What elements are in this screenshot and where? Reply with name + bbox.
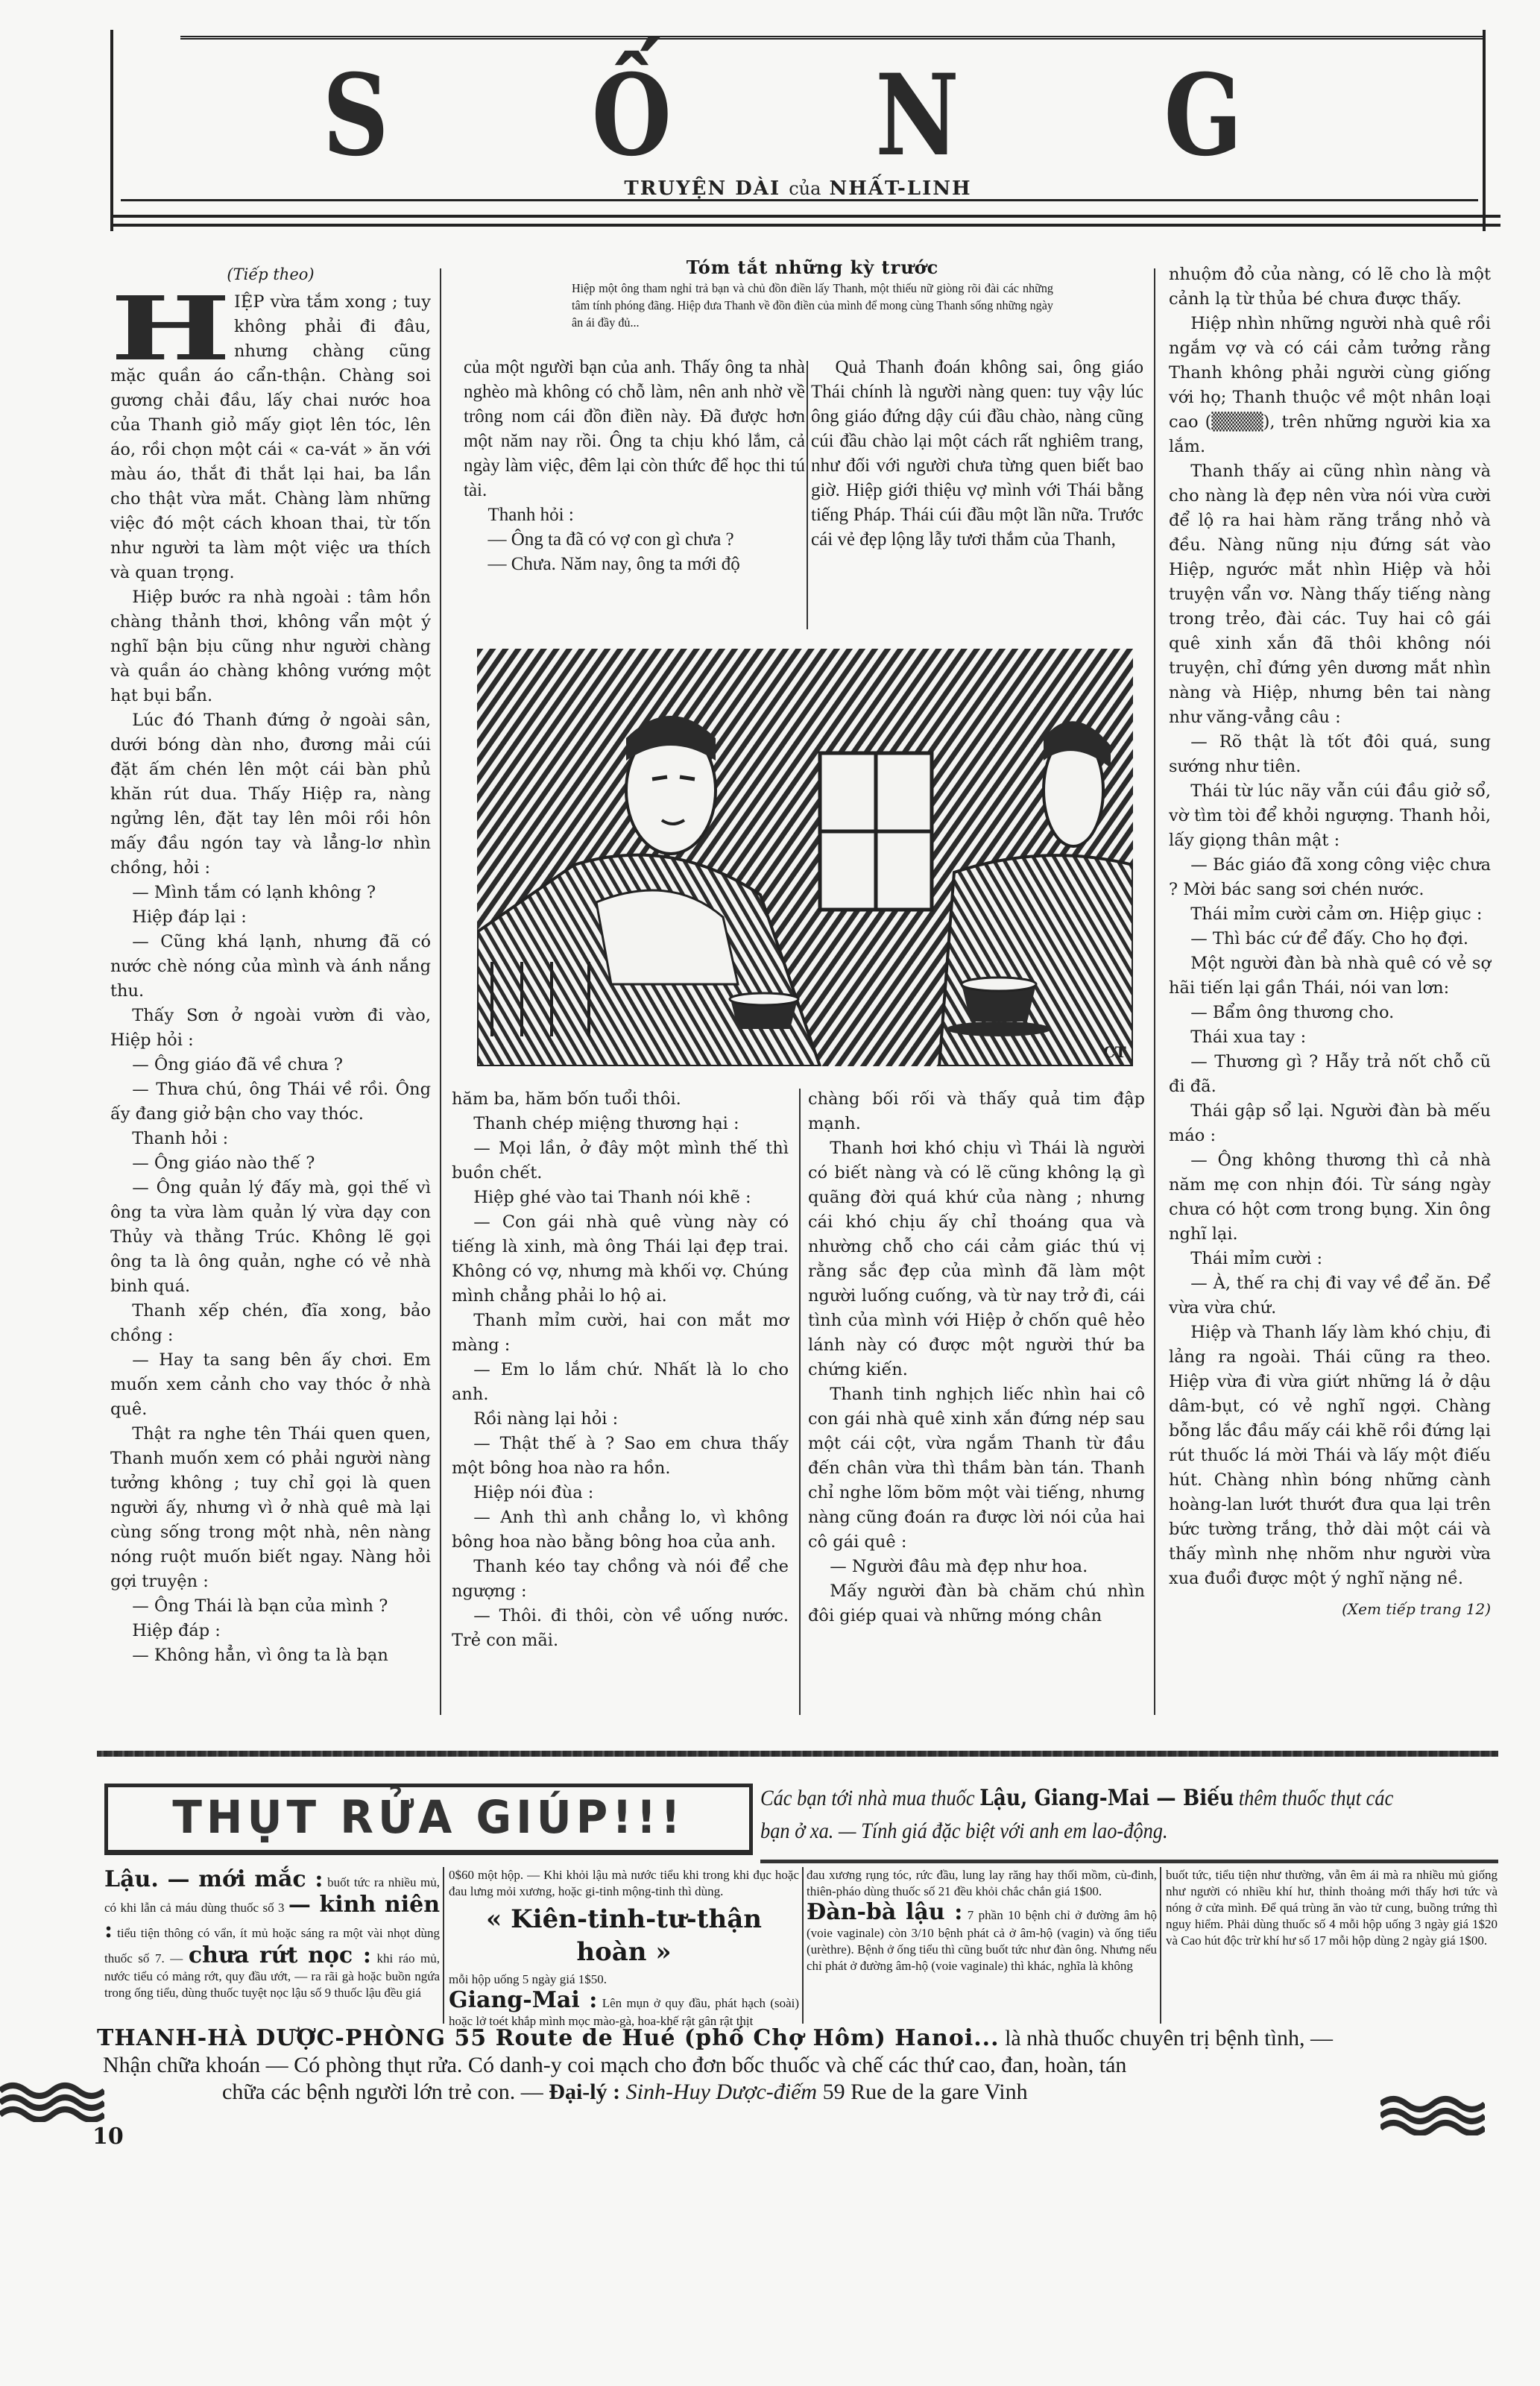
advert-title-box: THỤT RỬA GIÚP!!! (104, 1784, 753, 1855)
paragraph: — Em lo lắm chứ. Nhất là lo cho anh. (452, 1358, 789, 1407)
paragraph: Hiệp nhìn những người nhà quê rồi ngắm v… (1169, 312, 1491, 459)
advert-heading: chưa rứt nọc : (189, 1942, 371, 1968)
paragraph: Hiệp đáp lại : (110, 905, 431, 930)
paragraph: — Thì bác cứ để đấy. Cho họ đợi. (1169, 927, 1491, 951)
paragraph: hăm ba, hăm bốn tuổi thôi. (452, 1087, 789, 1112)
previous-installments-summary: Tóm tắt những kỳ trước Hiệp một ông tham… (522, 256, 1103, 331)
paragraph: — Ông Thái là bạn của mình ? (110, 1594, 431, 1619)
subtitle-author: NHẤT-LINH (829, 177, 971, 200)
advert-text: buốt tức, tiểu tiện như thường, vẫn êm á… (1166, 1868, 1498, 1948)
column-divider (440, 268, 441, 1715)
paragraph: Thanh hỏi : (464, 503, 805, 527)
paragraph: Thái mỉm cười : (1169, 1247, 1491, 1271)
column-divider (1160, 1867, 1161, 2024)
paragraph: — Ông ta đã có vợ con gì chưa ? (464, 527, 805, 552)
advert-intro: Các bạn tới nhà mua thuốc Lậu, Giang-Mai… (760, 1782, 1410, 1848)
masthead-bottom-rule (110, 215, 1500, 227)
continued-on-link[interactable]: (Xem tiếp trang 12) (1169, 1597, 1491, 1622)
advert-text: là nhà thuốc chuyên trị bệnh tình, — (1000, 2026, 1333, 2050)
paragraph: — Không hẳn, vì ông ta là bạn (110, 1643, 431, 1668)
illustration-image-icon: CT (477, 649, 1133, 1066)
agent-label: Đại-lý : (549, 2080, 620, 2104)
paragraph: — À, thế ra chị đi vay về để ăn. Để vừa … (1169, 1271, 1491, 1321)
advert-product-name: « Kiên-tinh-tư-thận hoàn » (449, 1903, 799, 1968)
paragraph: Thanh xếp chén, đĩa xong, bảo chồng : (110, 1299, 431, 1348)
paragraph: Quả Thanh đoán không sai, ông giáo Thái … (811, 355, 1143, 552)
title-letter: G (1164, 60, 1242, 171)
paragraph: Một người đàn bà nhà quê có vẻ sợ hãi ti… (1169, 951, 1491, 1001)
masthead-title: S Ố N G (110, 60, 1486, 171)
advert-heading: Lậu. — mới mắc : (104, 1866, 324, 1892)
advert-intro-text: Các bạn tới nhà mua thuốc (760, 1786, 979, 1810)
paragraph: — Mình tắm có lạnh không ? (110, 881, 431, 905)
paragraph: Mấy người đàn bà chăm chú nhìn đôi giép … (808, 1579, 1145, 1628)
wave-ornament-icon (1380, 2094, 1485, 2135)
paragraph: Hiệp ghé vào tai Thanh nói khẽ : (452, 1186, 789, 1210)
paragraph: — Con gái nhà quê vùng này có tiếng là x… (452, 1210, 789, 1309)
paragraph: — Thương gì ? Hẫy trả nốt chỗ cũ đi đã. (1169, 1050, 1491, 1099)
paragraph: Thanh chép miệng thương hại : (452, 1112, 789, 1136)
paragraph: — Thôi. đi thôi, còn về uống nước. Trẻ c… (452, 1604, 789, 1653)
svg-text:CT: CT (1103, 1043, 1126, 1061)
paragraph: — Rõ thật là tốt đôi quá, sung sướng như… (1169, 730, 1491, 779)
advert-text: chữa các bệnh người lớn trẻ con. — (222, 2080, 549, 2104)
paragraph: Thái xua tay : (1169, 1025, 1491, 1050)
subtitle-genre: TRUYỆN DÀI (624, 177, 780, 200)
advert-intro-bold: Lậu, Giang-Mai — Biếu (979, 1785, 1234, 1811)
paragraph: Thái từ lúc nãy vẫn cúi đầu giở sổ, vờ t… (1169, 779, 1491, 853)
paragraph: Thanh thấy ai cũng nhìn nàng và cho nàng… (1169, 459, 1491, 730)
paragraph: nhuộm đỏ của nàng, có lẽ cho là một cảnh… (1169, 262, 1491, 312)
summary-title: Tóm tắt những kỳ trước (522, 256, 1103, 278)
paragraph: Hiệp nói đùa : (452, 1481, 789, 1505)
paragraph: Hiệp bước ra nhà ngoài : tâm hồn chàng t… (110, 585, 431, 708)
pharmacy-name: THANH-HÀ DƯỢC-PHÒNG 55 Route de Hué (phố… (97, 2025, 1000, 2051)
column-divider (443, 1867, 444, 2024)
paragraph: Thấy Sơn ở ngoài vườn đi vào, Hiệp hỏi : (110, 1004, 431, 1053)
pharmacy-name-line: THANH-HÀ DƯỢC-PHÒNG 55 Route de Hué (phố… (97, 2025, 1498, 2052)
woodcut-illustration: CT (477, 649, 1133, 1066)
paragraph: Thanh hơi khó chịu vì Thái là người có b… (808, 1136, 1145, 1382)
summary-text: Hiệp một ông tham nghỉ trả bạn và chủ đồ… (537, 280, 1089, 331)
advert-text: 0$60 một hộp. — Khi khỏi lậu mà nước tiể… (449, 1868, 799, 1898)
advert-title: THỤT RỬA GIÚP!!! (108, 1790, 749, 1843)
drop-cap: H (110, 295, 281, 363)
advert-text: đau xương rụng tóc, rức đầu, lung lay ră… (807, 1868, 1157, 1898)
paragraph: — Hay ta sang bên ấy chơi. Em muốn xem c… (110, 1348, 431, 1422)
advert-column-1: Lậu. — mới mắc : buốt tức ra nhiều mủ, c… (104, 1867, 440, 2001)
masthead: S Ố N G TRUYỆN DÀI của NHẤT-LINH (110, 30, 1486, 231)
advert-rule (760, 1860, 1498, 1863)
paragraph: Thanh mỉm cười, hai con mắt mơ màng : (452, 1309, 789, 1358)
paragraph: Thật ra nghe tên Thái quen quen, Thanh m… (110, 1422, 431, 1594)
advert-column-3: đau xương rụng tóc, rức đầu, lung lay ră… (807, 1867, 1157, 1974)
paragraph: — Thưa chú, ông Thái về rồi. Ông ấy đang… (110, 1077, 431, 1127)
agent-address: 59 Rue de la gare Vinh (817, 2080, 1028, 2104)
paragraph: Lúc đó Thanh đứng ở ngoài sân, dưới bóng… (110, 708, 431, 881)
paragraph: — Thật thế à ? Sao em chưa thấy một bông… (452, 1432, 789, 1481)
wave-ornament-icon (0, 2080, 104, 2122)
article-column-4: nhuộm đỏ của nàng, có lẽ cho là một cảnh… (1169, 262, 1491, 1622)
paragraph: Thái mỉm cười cảm ơn. Hiệp giục : (1169, 902, 1491, 927)
article-column-1: (Tiếp theo) H IỆP vừa tắm xong ; tuy khô… (110, 262, 431, 1668)
advert-heading: Giang-Mai : (449, 1987, 597, 2013)
paragraph: — Ông giáo đã về chưa ? (110, 1053, 431, 1077)
column-divider (1154, 268, 1155, 1715)
paragraph: — Ông không thương thì cả nhà năm mẹ con… (1169, 1148, 1491, 1247)
paragraph: — Mọi lần, ở đây một mình thế thì buồn c… (452, 1136, 789, 1186)
advert-heading: Đàn-bà lậu : (807, 1899, 962, 1925)
paragraph: chàng bối rối và thấy quả tim đập mạnh. (808, 1087, 1145, 1136)
title-letter: Ố (591, 60, 671, 171)
advert-text: mỗi hộp uống 5 ngày giá 1$50. (449, 1972, 607, 1986)
paragraph: — Anh thì anh chẳng lo, vì không bông ho… (452, 1505, 789, 1555)
agent-name: Sinh-Huy Dược-điếm (620, 2080, 817, 2104)
title-letter: S (323, 60, 389, 171)
advert-column-4: buốt tức, tiểu tiện như thường, vẫn êm á… (1166, 1867, 1498, 1949)
advert-column-2: 0$60 một hộp. — Khi khỏi lậu mà nước tiể… (449, 1867, 799, 2030)
paragraph: — Người đâu mà đẹp như hoa. (808, 1555, 1145, 1579)
column-divider (802, 1867, 804, 2024)
advert-top-rule (97, 1751, 1498, 1757)
paragraph: Thanh kéo tay chồng và nói để che ngượng… (452, 1555, 789, 1604)
column-divider (799, 1089, 801, 1715)
column-divider (807, 361, 808, 629)
paragraph: của một người bạn của anh. Thấy ông ta n… (464, 355, 805, 503)
paragraph: Thanh hỏi : (110, 1127, 431, 1151)
article-column-5: hăm ba, hăm bốn tuổi thôi. Thanh chép mi… (452, 1087, 789, 1653)
paragraph: — Chưa. Năm nay, ông ta mới độ (464, 552, 805, 576)
title-letter: N (876, 60, 959, 171)
subtitle-of: của (789, 178, 821, 199)
paragraph: Hiệp và Thanh lấy làm khó chịu, đi lảng … (1169, 1321, 1491, 1591)
paragraph: Thái gập sổ lại. Người đàn bà mếu máo : (1169, 1099, 1491, 1148)
paragraph: Rồi nàng lại hỏi : (452, 1407, 789, 1432)
masthead-subtitle: TRUYỆN DÀI của NHẤT-LINH (110, 177, 1486, 200)
paragraph: — Ông quản lý đấy mà, gọi thế vì ông ta … (110, 1176, 431, 1299)
paragraph: — Ông giáo nào thế ? (110, 1151, 431, 1176)
paragraph: — Cũng khá lạnh, nhưng đã có nước chè nó… (110, 930, 431, 1004)
page-number: 10 (92, 2124, 124, 2150)
paragraph: Hiệp đáp : (110, 1619, 431, 1643)
article-column-6: chàng bối rối và thấy quả tim đập mạnh. … (808, 1087, 1145, 1628)
services-line: Nhận chữa khoán — Có phòng thụt rửa. Có … (97, 2052, 1498, 2079)
paragraph: — Bác giáo đã xong công việc chưa ? Mời … (1169, 853, 1491, 902)
advert-footer: THANH-HÀ DƯỢC-PHÒNG 55 Route de Hué (phố… (97, 2025, 1498, 2106)
paragraph: Thanh tinh nghịch liếc nhìn hai cô con g… (808, 1382, 1145, 1555)
article-column-3: Quả Thanh đoán không sai, ông giáo Thái … (811, 355, 1143, 552)
agent-line: chữa các bệnh người lớn trẻ con. — Đại-l… (97, 2079, 1498, 2106)
article-column-2: của một người bạn của anh. Thấy ông ta n… (464, 355, 805, 576)
paragraph: — Bẩm ông thương cho. (1169, 1001, 1491, 1025)
